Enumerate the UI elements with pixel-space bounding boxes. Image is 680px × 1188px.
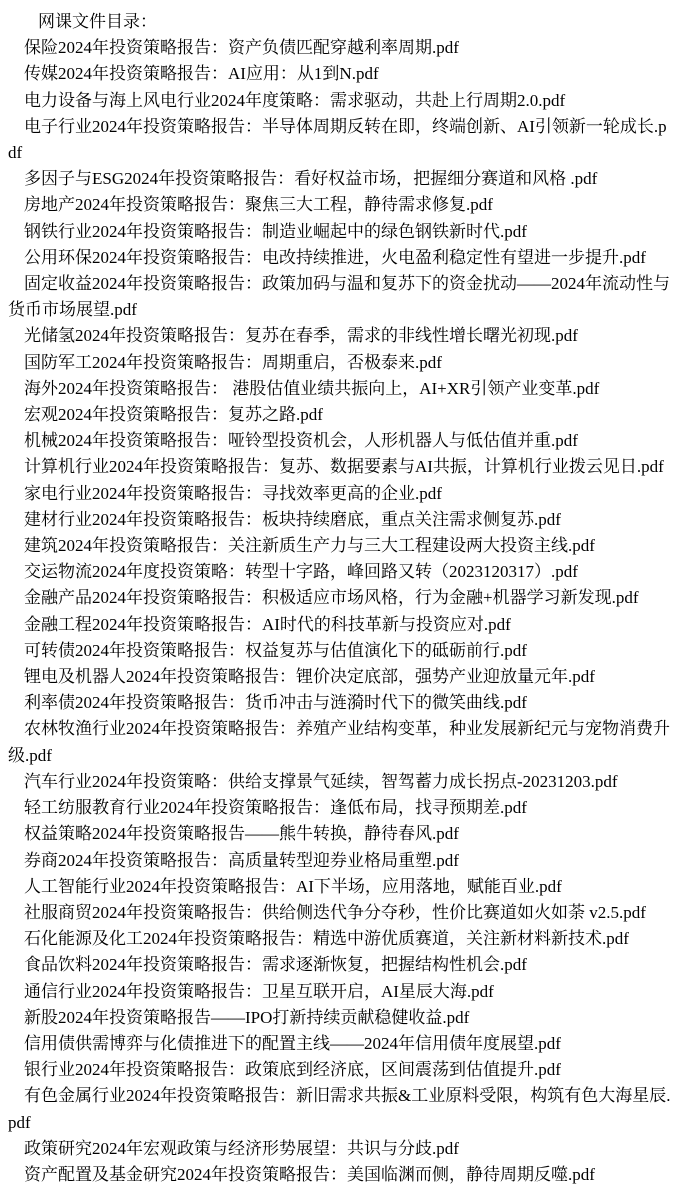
file-entry: 交运物流2024年度投资策略：转型十字路，峰回路又转（2023120317）.p… bbox=[8, 559, 672, 585]
file-entry: 通信行业2024年投资策略报告：卫星互联开启，AI星辰大海.pdf bbox=[8, 979, 672, 1005]
file-entry: 信用债供需博弈与化债推进下的配置主线——2024年信用债年度展望.pdf bbox=[8, 1031, 672, 1057]
file-entry: 建筑2024年投资策略报告：关注新质生产力与三大工程建设两大投资主线.pdf bbox=[8, 533, 672, 559]
file-entry: 国防军工2024年投资策略报告：周期重启，否极泰来.pdf bbox=[8, 350, 672, 376]
file-entry: 传媒2024年投资策略报告：AI应用：从1到N.pdf bbox=[8, 61, 672, 87]
file-entry: 权益策略2024年投资策略报告——熊牛转换，静待春风.pdf bbox=[8, 821, 672, 847]
file-entry: 电力设备与海上风电行业2024年度策略：需求驱动，共赴上行周期2.0.pdf bbox=[8, 88, 672, 114]
file-entry: 机械2024年投资策略报告：哑铃型投资机会，人形机器人与低估值并重.pdf bbox=[8, 428, 672, 454]
file-entry: 利率债2024年投资策略报告：货币冲击与涟漪时代下的微笑曲线.pdf bbox=[8, 690, 672, 716]
file-entry: 政策研究2024年宏观政策与经济形势展望：共识与分歧.pdf bbox=[8, 1136, 672, 1162]
file-list: 保险2024年投资策略报告：资产负债匹配穿越利率周期.pdf传媒2024年投资策… bbox=[8, 35, 672, 1188]
file-entry: 锂电及机器人2024年投资策略报告：锂价决定底部，强势产业迎放量元年.pdf bbox=[8, 664, 672, 690]
file-entry: 农林牧渔行业2024年投资策略报告：养殖产业结构变革，种业发展新纪元与宠物消费升… bbox=[8, 716, 672, 768]
file-entry: 券商2024年投资策略报告：高质量转型迎券业格局重塑.pdf bbox=[8, 848, 672, 874]
file-entry: 电子行业2024年投资策略报告：半导体周期反转在即，终端创新、AI引领新一轮成长… bbox=[8, 114, 672, 166]
file-entry: 房地产2024年投资策略报告：聚焦三大工程，静待需求修复.pdf bbox=[8, 192, 672, 218]
file-entry: 石化能源及化工2024年投资策略报告：精选中游优质赛道，关注新材料新技术.pdf bbox=[8, 926, 672, 952]
file-entry: 新股2024年投资策略报告——IPO打新持续贡献稳健收益.pdf bbox=[8, 1005, 672, 1031]
file-entry: 宏观2024年投资策略报告：复苏之路.pdf bbox=[8, 402, 672, 428]
file-entry: 钢铁行业2024年投资策略报告：制造业崛起中的绿色钢铁新时代.pdf bbox=[8, 219, 672, 245]
file-entry: 光储氢2024年投资策略报告：复苏在春季，需求的非线性增长曙光初现.pdf bbox=[8, 323, 672, 349]
document-title: 网课文件目录： bbox=[8, 9, 672, 35]
file-entry: 金融产品2024年投资策略报告：积极适应市场风格，行为金融+机器学习新发现.pd… bbox=[8, 585, 672, 611]
file-entry: 资产配置及基金研究2024年投资策略报告：美国临渊而侧，静待周期反噬.pdf bbox=[8, 1162, 672, 1188]
file-entry: 汽车行业2024年投资策略：供给支撑景气延续，智驾蓄力成长拐点-20231203… bbox=[8, 769, 672, 795]
file-entry: 有色金属行业2024年投资策略报告：新旧需求共振&工业原料受限，构筑有色大海星辰… bbox=[8, 1083, 672, 1135]
file-entry: 轻工纺服教育行业2024年投资策略报告：逢低布局，找寻预期差.pdf bbox=[8, 795, 672, 821]
file-entry: 公用环保2024年投资策略报告：电改持续推进，火电盈利稳定性有望进一步提升.pd… bbox=[8, 245, 672, 271]
file-entry: 固定收益2024年投资策略报告：政策加码与温和复苏下的资金扰动——2024年流动… bbox=[8, 271, 672, 323]
file-entry: 银行业2024年投资策略报告：政策底到经济底，区间震荡到估值提升.pdf bbox=[8, 1057, 672, 1083]
file-entry: 建材行业2024年投资策略报告：板块持续磨底，重点关注需求侧复苏.pdf bbox=[8, 507, 672, 533]
file-entry: 金融工程2024年投资策略报告：AI时代的科技革新与投资应对.pdf bbox=[8, 612, 672, 638]
file-entry: 人工智能行业2024年投资策略报告：AI下半场，应用落地，赋能百业.pdf bbox=[8, 874, 672, 900]
file-entry: 食品饮料2024年投资策略报告：需求逐渐恢复，把握结构性机会.pdf bbox=[8, 952, 672, 978]
document-page: 网课文件目录： 保险2024年投资策略报告：资产负债匹配穿越利率周期.pdf传媒… bbox=[0, 0, 680, 1188]
file-entry: 家电行业2024年投资策略报告：寻找效率更高的企业.pdf bbox=[8, 481, 672, 507]
file-entry: 计算机行业2024年投资策略报告：复苏、数据要素与AI共振，计算机行业拨云见日.… bbox=[8, 454, 672, 480]
file-entry: 保险2024年投资策略报告：资产负债匹配穿越利率周期.pdf bbox=[8, 35, 672, 61]
file-entry: 可转债2024年投资策略报告：权益复苏与估值演化下的砥砺前行.pdf bbox=[8, 638, 672, 664]
file-entry: 海外2024年投资策略报告： 港股估值业绩共振向上，AI+XR引领产业变革.pd… bbox=[8, 376, 672, 402]
file-entry: 社服商贸2024年投资策略报告：供给侧迭代争分夺秒，性价比赛道如火如荼 v2.5… bbox=[8, 900, 672, 926]
file-entry: 多因子与ESG2024年投资策略报告：看好权益市场，把握细分赛道和风格 .pdf bbox=[8, 166, 672, 192]
